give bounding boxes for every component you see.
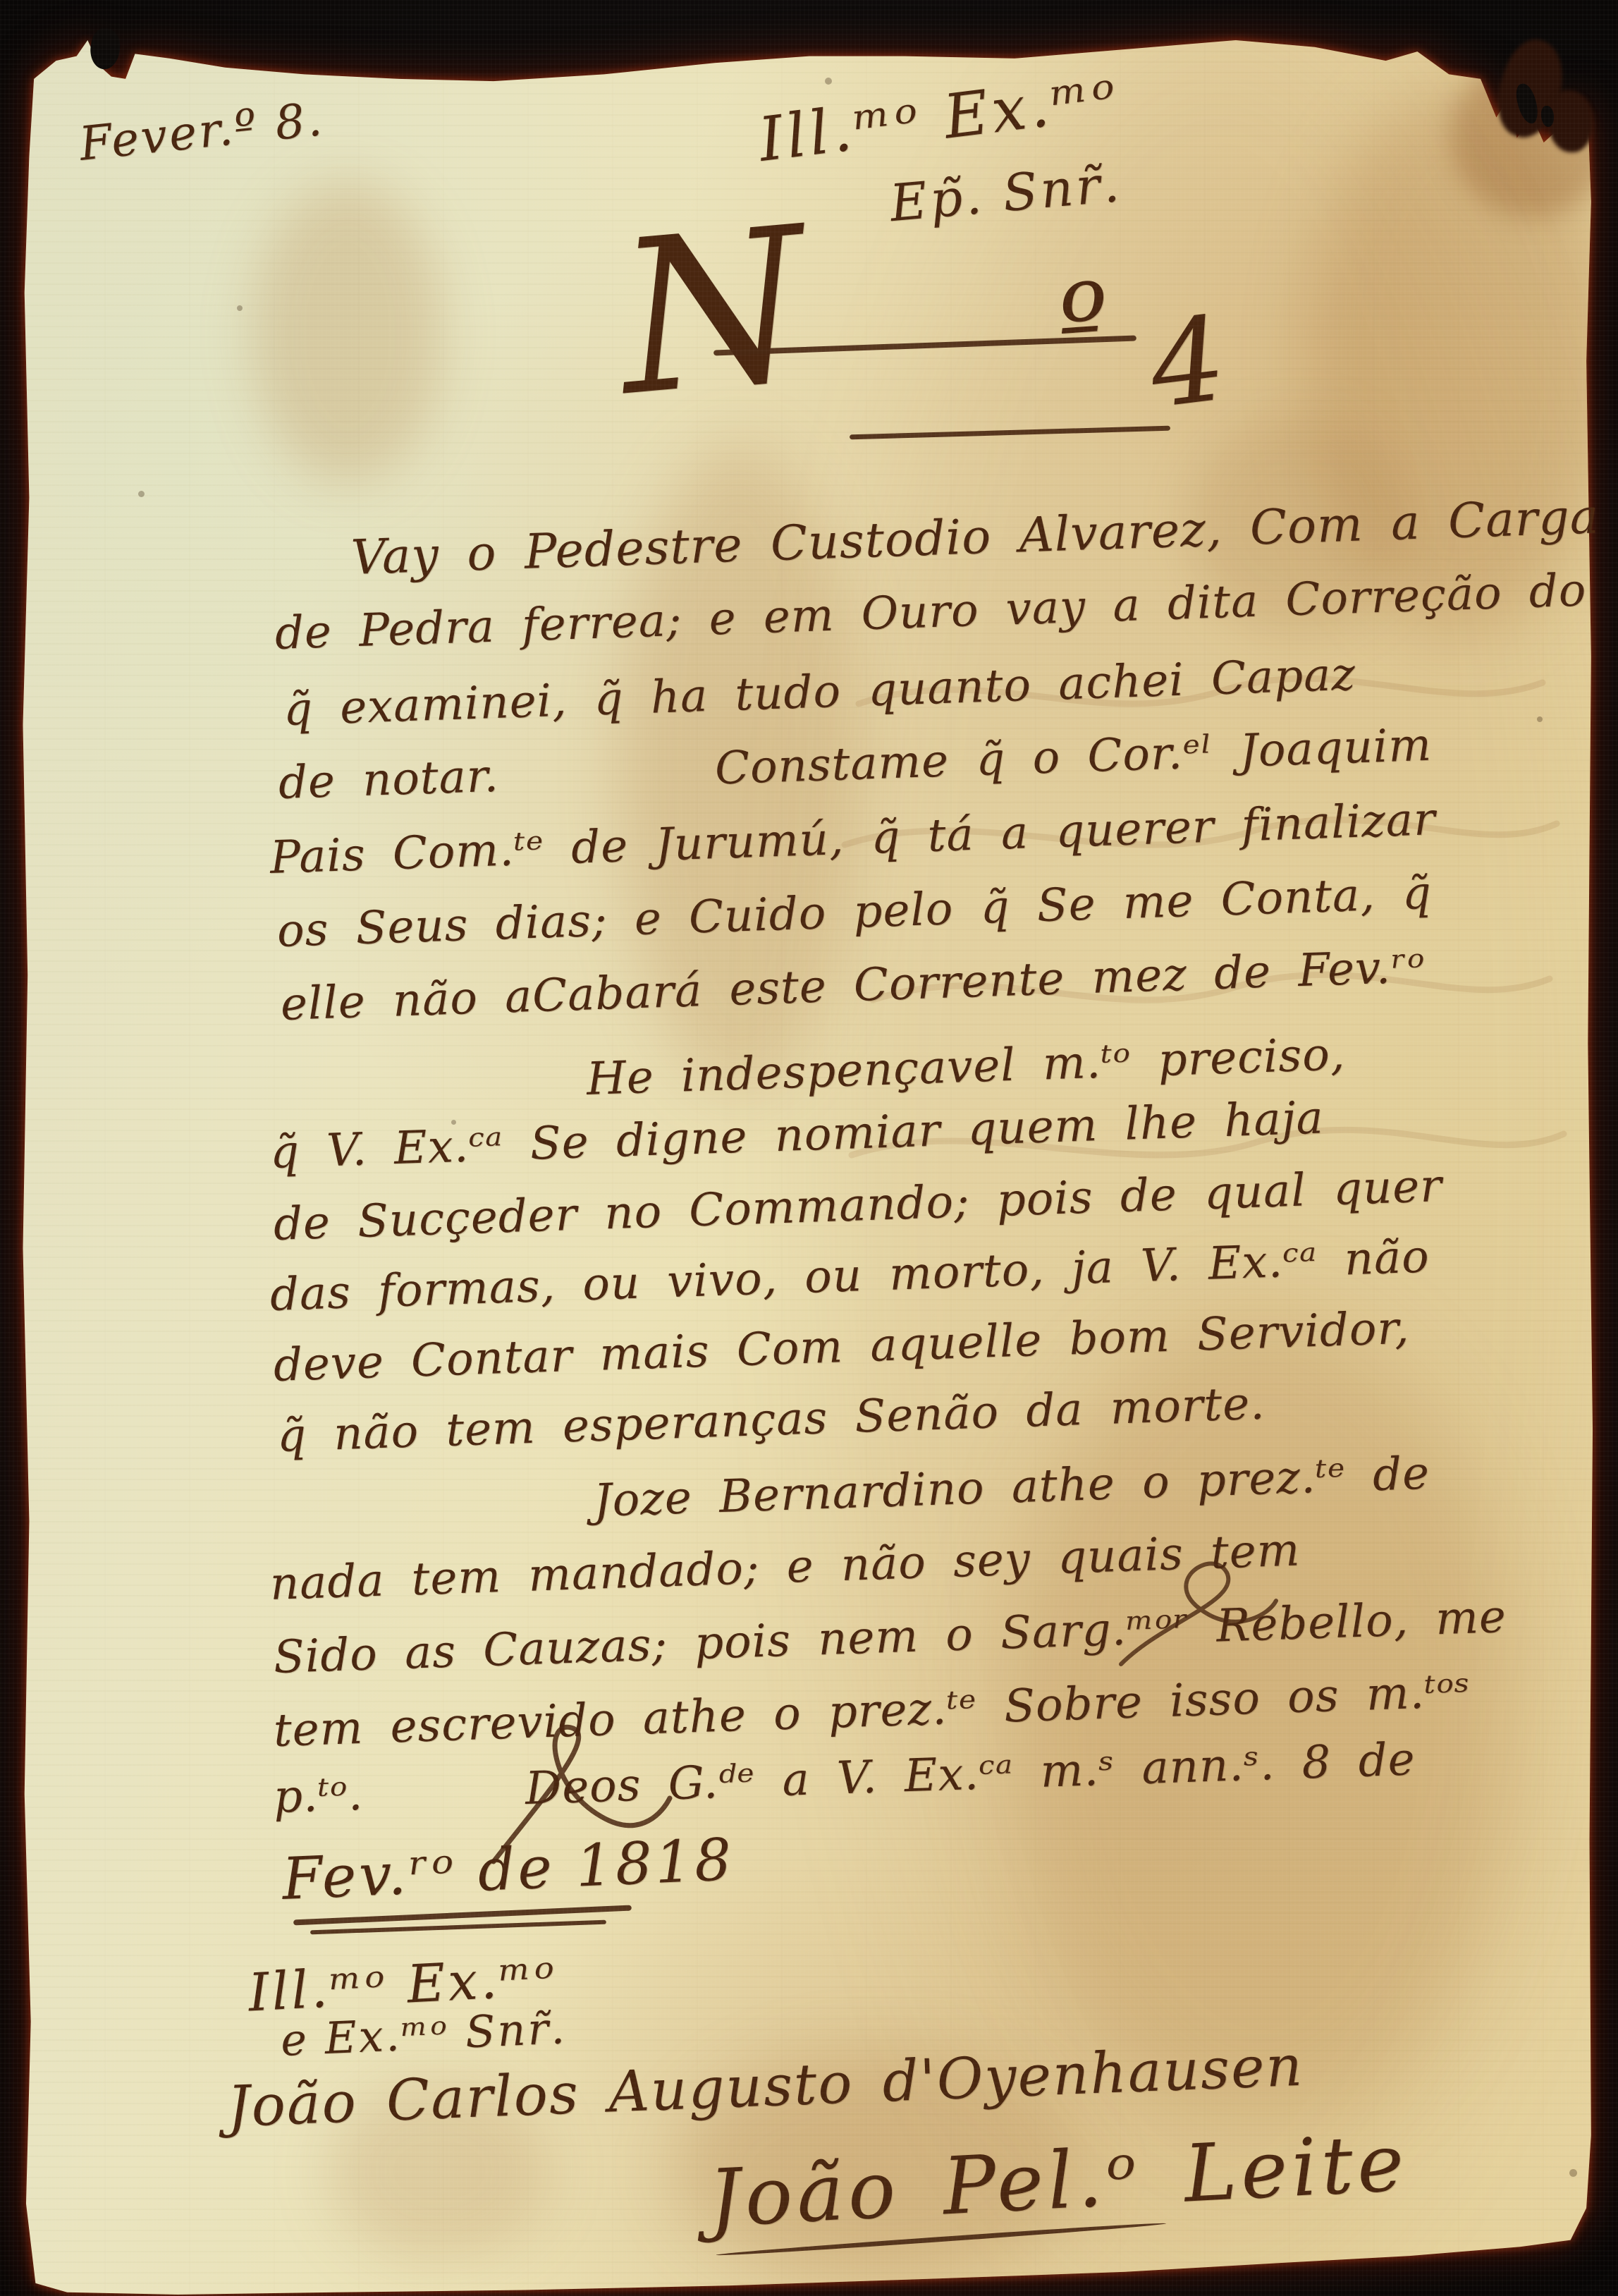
foxing-speck — [825, 78, 832, 85]
foxing-speck — [138, 491, 145, 497]
stain — [252, 182, 443, 485]
foxing-speck — [1569, 2169, 1577, 2177]
foxing-speck — [237, 305, 243, 311]
letter-number-ordinal: º — [1055, 261, 1113, 386]
tear-hole — [1541, 106, 1554, 127]
letter-number-monogram: N — [610, 181, 816, 443]
manuscript-photo: Fever.º 8. Ill.ᵐᵒ Ex.ᵐᵒ Ep̃. Snr̃. N º 4… — [0, 0, 1618, 2296]
foxing-speck — [1537, 716, 1543, 722]
